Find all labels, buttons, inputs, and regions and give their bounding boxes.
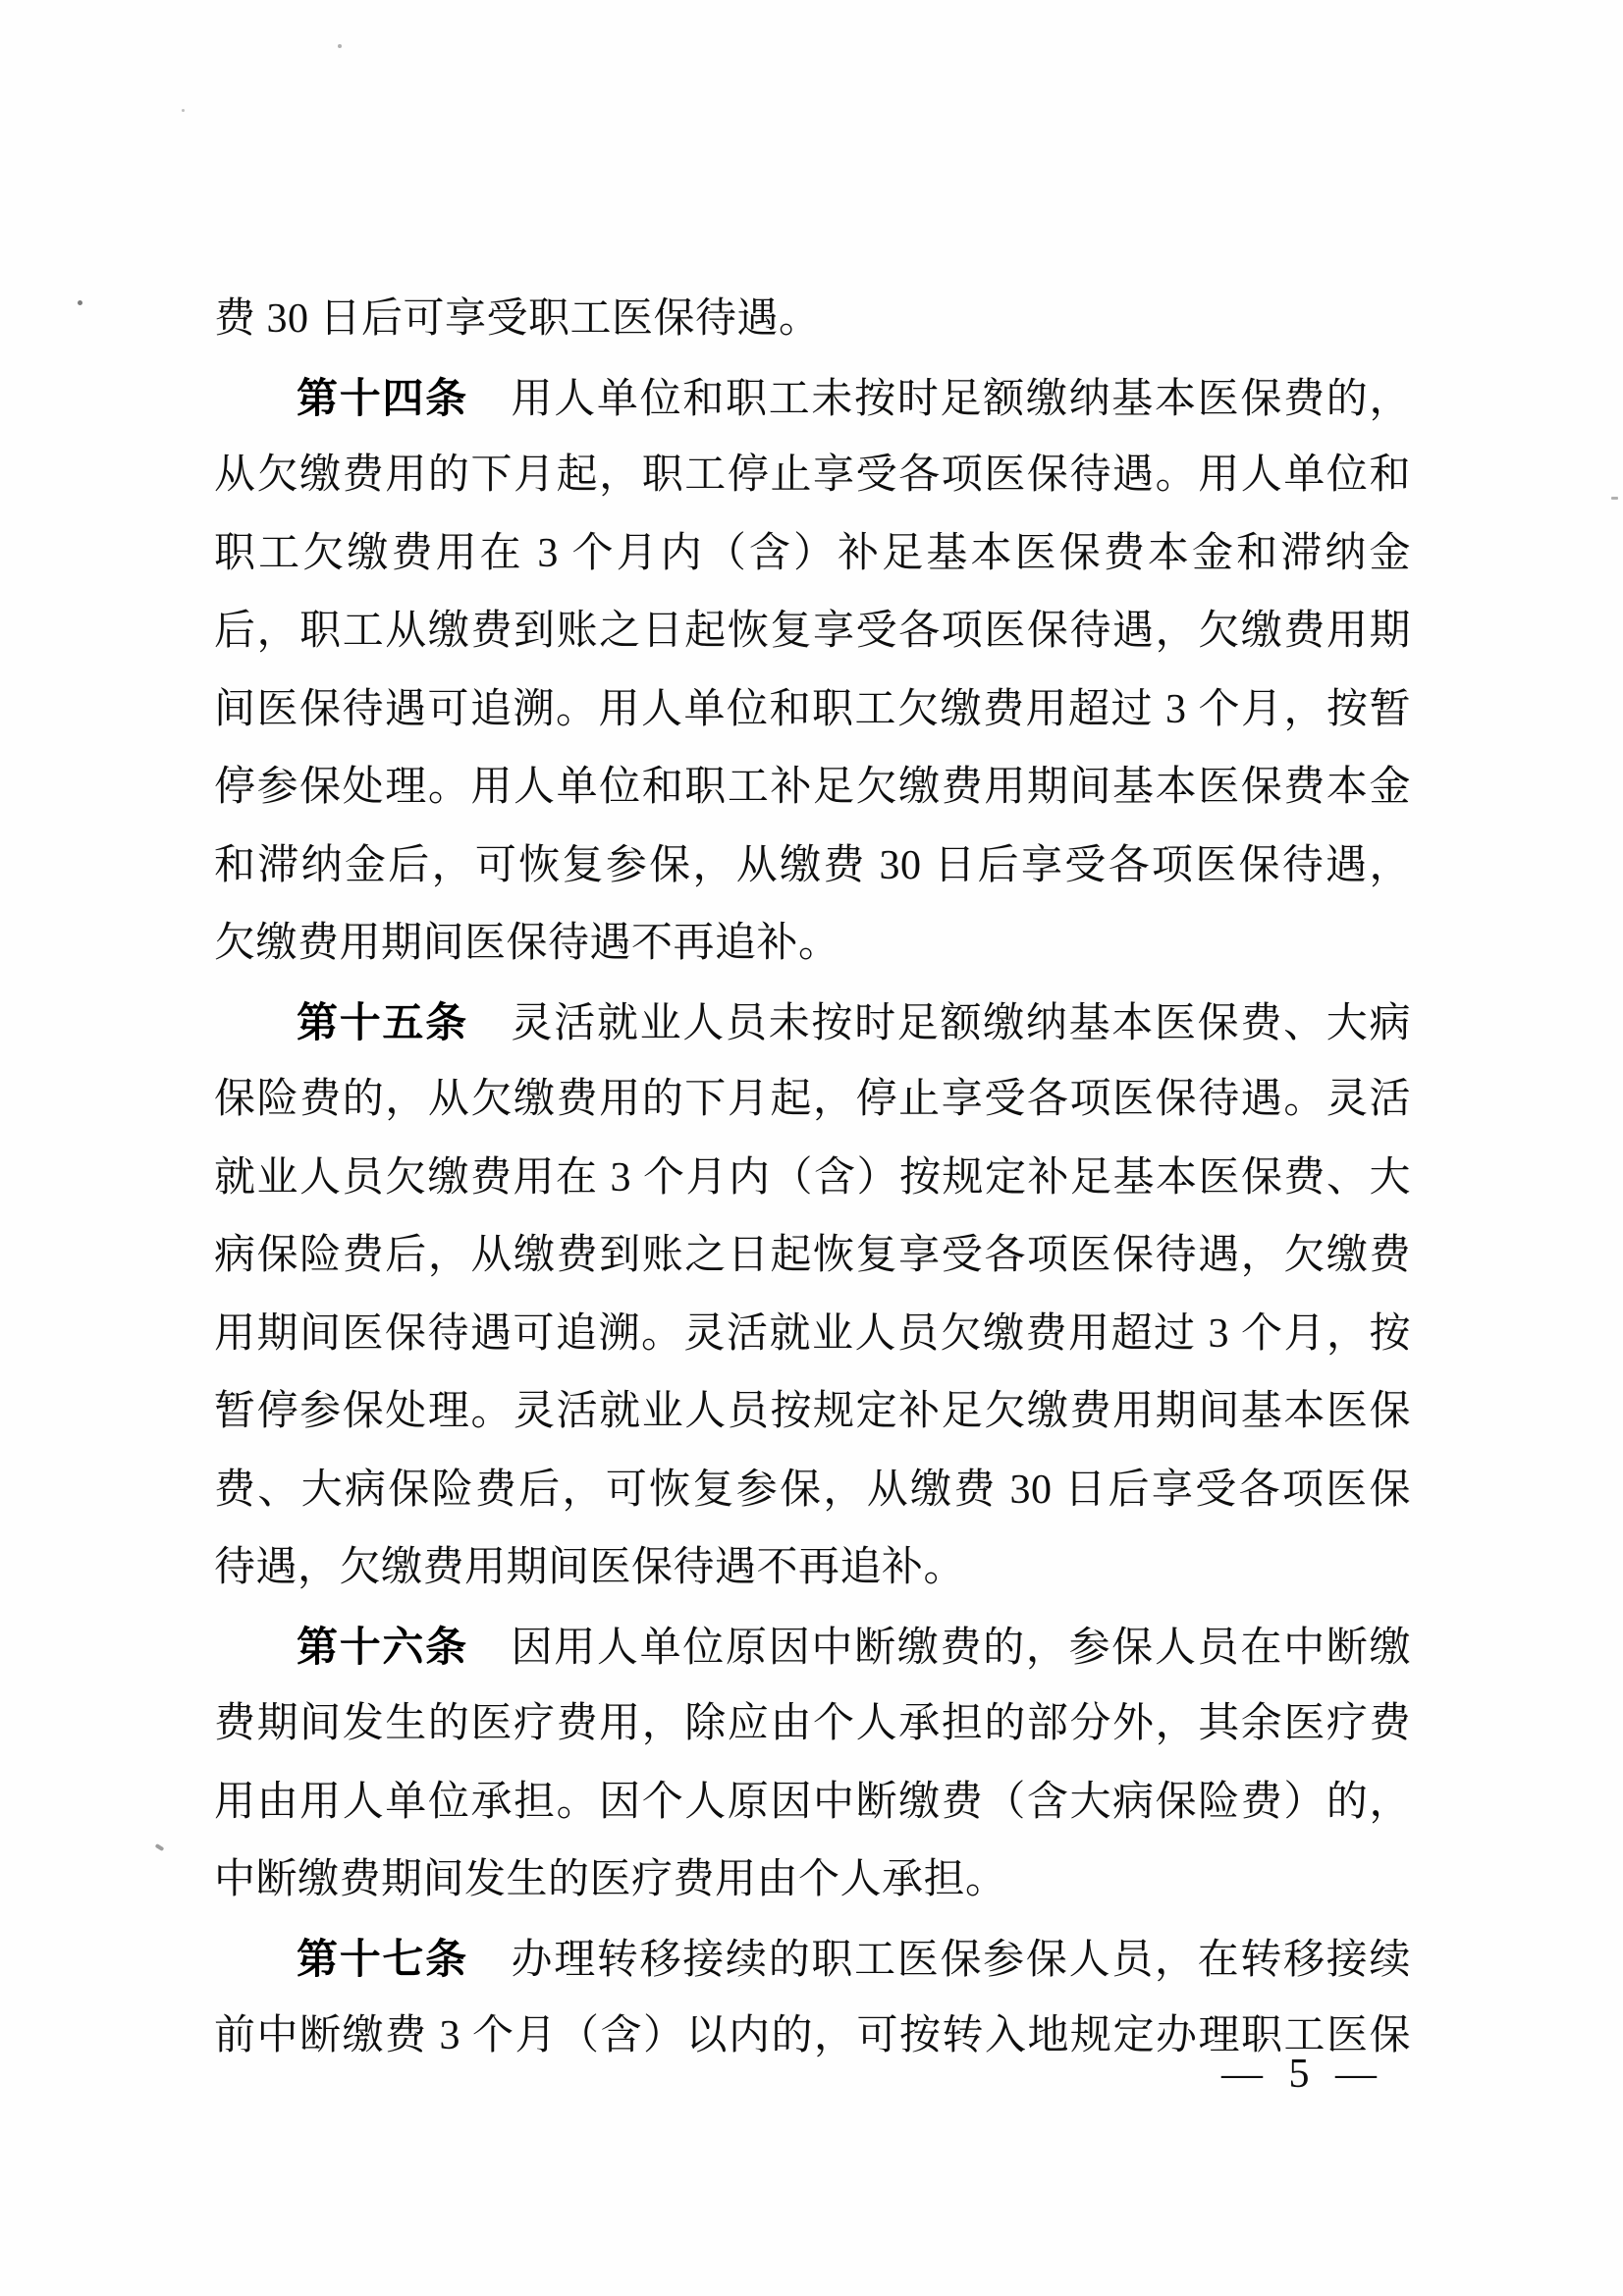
scan-speck [182, 109, 185, 112]
line-text: 和滞纳金后，可恢复参保，从缴费 30 日后享受各项医保待遇， [214, 843, 1411, 888]
line-text: 待遇，欠缴费用期间医保待遇不再追补。 [214, 1545, 965, 1590]
scan-speck [78, 300, 82, 305]
article-number: 第十七条 [297, 1936, 468, 1982]
line-text: 病保险费后，从缴费到账之日起恢复享受各项医保待遇，欠缴费 [214, 1233, 1411, 1278]
article-number: 第十五条 [297, 999, 468, 1045]
text-line: 费期间发生的医疗费用，除应由个人承担的部分外，其余医疗费 [214, 1685, 1411, 1764]
line-text: 用由用人单位承担。因个人原因中断缴费（含大病保险费）的， [214, 1780, 1411, 1825]
document-body: 费 30 日后可享受职工医保待遇。第十四条 用人单位和职工未按时足额缴纳基本医保… [214, 281, 1411, 2076]
text-line: 第十六条 因用人单位原因中断缴费的，参保人员在中断缴 [214, 1608, 1411, 1686]
line-text: 因用人单位原因中断缴费的，参保人员在中断缴 [468, 1626, 1411, 1671]
text-line: 后，职工从缴费到账之日起恢复享受各项医保待遇，欠缴费用期 [214, 593, 1411, 671]
page-number: — 5 — [1221, 2050, 1377, 2099]
text-line: 费、大病保险费后，可恢复参保，从缴费 30 日后享受各项医保 [214, 1452, 1411, 1530]
text-line: 用期间医保待遇可追溯。灵活就业人员欠缴费用超过 3 个月，按 [214, 1296, 1411, 1374]
line-text: 职工欠缴费用在 3 个月内（含）补足基本医保费本金和滞纳金 [214, 531, 1411, 576]
line-text: 停参保处理。用人单位和职工补足欠缴费用期间基本医保费本金 [214, 765, 1411, 810]
line-text: 灵活就业人员未按时足额缴纳基本医保费、大病 [468, 1001, 1411, 1046]
text-line: 停参保处理。用人单位和职工补足欠缴费用期间基本医保费本金 [214, 749, 1411, 828]
article-number: 第十四条 [297, 375, 468, 421]
text-line: 间医保待遇可追溯。用人单位和职工欠缴费用超过 3 个月，按暂 [214, 671, 1411, 750]
line-text: 暂停参保处理。灵活就业人员按规定补足欠缴费用期间基本医保 [214, 1389, 1411, 1434]
text-line: 暂停参保处理。灵活就业人员按规定补足欠缴费用期间基本医保 [214, 1373, 1411, 1452]
text-line: 第十四条 用人单位和职工未按时足额缴纳基本医保费的， [214, 359, 1411, 438]
text-line: 保险费的，从欠缴费用的下月起，停止享受各项医保待遇。灵活 [214, 1061, 1411, 1140]
line-text: 费、大病保险费后，可恢复参保，从缴费 30 日后享受各项医保 [214, 1468, 1411, 1513]
scan-speck [338, 44, 342, 48]
line-text: 费期间发生的医疗费用，除应由个人承担的部分外，其余医疗费 [214, 1701, 1411, 1746]
text-line: 第十七条 办理转移接续的职工医保参保人员，在转移接续 [214, 1920, 1411, 1999]
text-line: 从欠缴费用的下月起，职工停止享受各项医保待遇。用人单位和 [214, 437, 1411, 515]
text-line: 费 30 日后可享受职工医保待遇。 [214, 281, 1411, 359]
line-text: 从欠缴费用的下月起，职工停止享受各项医保待遇。用人单位和 [214, 453, 1411, 498]
line-text: 间医保待遇可追溯。用人单位和职工欠缴费用超过 3 个月，按暂 [214, 687, 1411, 732]
line-text: 用人单位和职工未按时足额缴纳基本医保费的， [468, 377, 1411, 422]
line-text: 保险费的，从欠缴费用的下月起，停止享受各项医保待遇。灵活 [214, 1077, 1411, 1122]
line-text: 办理转移接续的职工医保参保人员，在转移接续 [468, 1938, 1411, 1983]
line-text: 后，职工从缴费到账之日起恢复享受各项医保待遇，欠缴费用期 [214, 609, 1411, 654]
article-number: 第十六条 [297, 1624, 468, 1670]
line-text: 中断缴费期间发生的医疗费用由个人承担。 [214, 1857, 1007, 1902]
text-line: 病保险费后，从缴费到账之日起恢复享受各项医保待遇，欠缴费 [214, 1217, 1411, 1296]
text-line: 欠缴费用期间医保待遇不再追补。 [214, 905, 1411, 984]
text-line: 和滞纳金后，可恢复参保，从缴费 30 日后享受各项医保待遇， [214, 828, 1411, 906]
text-line: 职工欠缴费用在 3 个月内（含）补足基本医保费本金和滞纳金 [214, 515, 1411, 594]
line-text: 费 30 日后可享受职工医保待遇。 [214, 296, 821, 342]
text-line: 就业人员欠缴费用在 3 个月内（含）按规定补足基本医保费、大 [214, 1140, 1411, 1218]
text-line: 第十五条 灵活就业人员未按时足额缴纳基本医保费、大病 [214, 984, 1411, 1062]
scan-speck [155, 1843, 165, 1851]
line-text: 就业人员欠缴费用在 3 个月内（含）按规定补足基本医保费、大 [214, 1155, 1411, 1201]
text-line: 中断缴费期间发生的医疗费用由个人承担。 [214, 1842, 1411, 1920]
document-page: 费 30 日后可享受职工医保待遇。第十四条 用人单位和职工未按时足额缴纳基本医保… [0, 0, 1623, 2296]
text-line: 用由用人单位承担。因个人原因中断缴费（含大病保险费）的， [214, 1764, 1411, 1842]
line-text: 欠缴费用期间医保待遇不再追补。 [214, 921, 840, 966]
scan-speck [1611, 497, 1618, 500]
text-line: 待遇，欠缴费用期间医保待遇不再追补。 [214, 1529, 1411, 1608]
line-text: 用期间医保待遇可追溯。灵活就业人员欠缴费用超过 3 个月，按 [214, 1311, 1411, 1357]
